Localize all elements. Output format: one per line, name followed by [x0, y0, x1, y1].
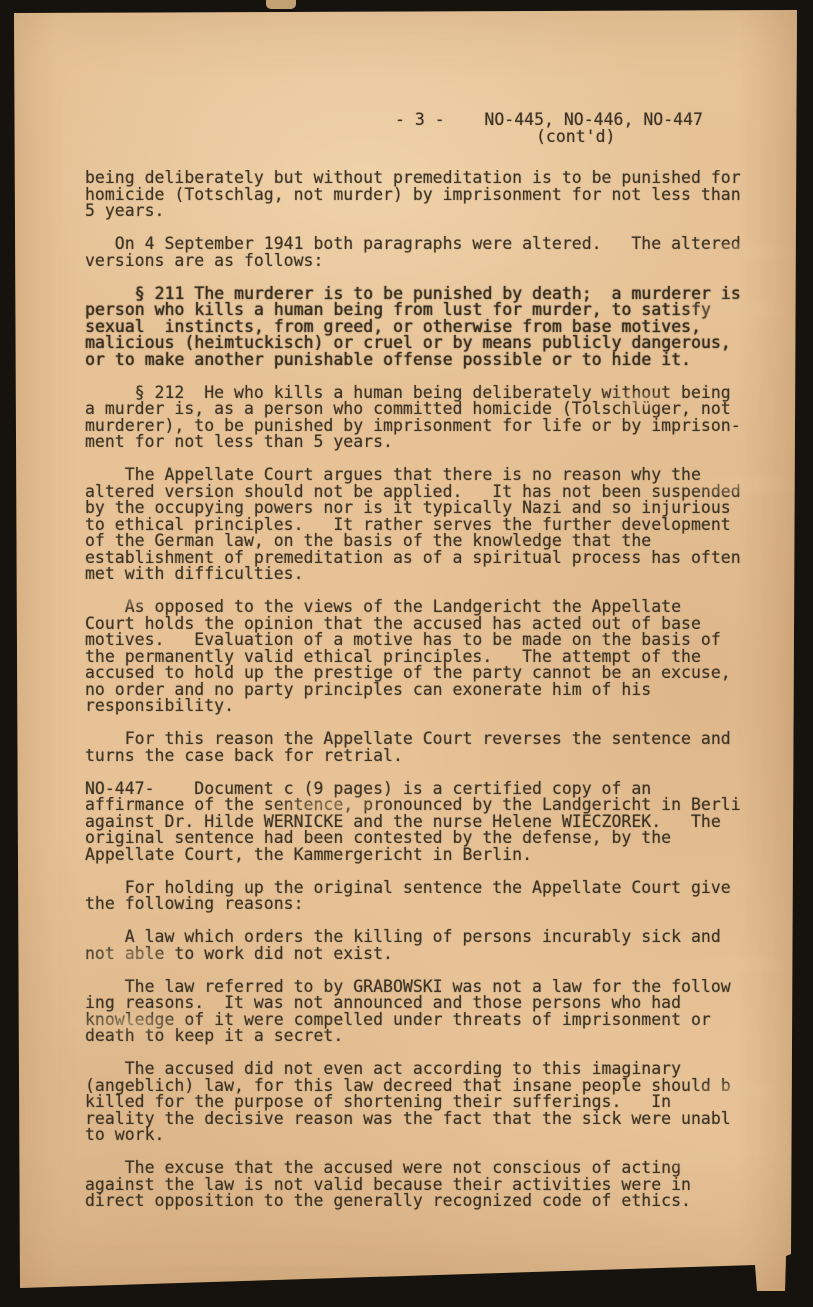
scan-background: { "colors": { "background": "#16120d", "… — [0, 0, 813, 1307]
document-body: being deliberately but without premedita… — [85, 170, 797, 1250]
adjacent-page-sliver — [266, 0, 296, 9]
paragraph-8-no-447: NO-447- Document c (9 pages) is a certif… — [85, 781, 797, 864]
paragraph-11: The law referred to by GRABOWSKI was not… — [85, 979, 797, 1045]
paragraph-2: On 4 September 1941 both paragraphs were… — [85, 236, 797, 269]
paragraph-3-section-211: § 211 The murderer is to be punished by … — [85, 286, 797, 369]
document-page: - 3 - NO-445, NO-446, NO-447 (cont'd) be… — [0, 0, 813, 1307]
paragraph-10: A law which orders the killing of person… — [85, 929, 797, 962]
paragraph-6: As opposed to the views of the Landgeric… — [85, 599, 797, 715]
paragraph-7: For this reason the Appellate Court reve… — [85, 731, 797, 764]
paragraph-4-section-212: § 212 He who kills a human being deliber… — [85, 385, 797, 451]
paragraph-12: The accused did not even act according t… — [85, 1061, 797, 1144]
paragraph-13: The excuse that the accused were not con… — [85, 1160, 797, 1210]
paragraph-9: For holding up the original sentence the… — [85, 880, 797, 913]
paragraph-5: The Appellate Court argues that there is… — [85, 467, 797, 583]
paragraph-1: being deliberately but without premedita… — [85, 170, 797, 220]
page-header-contd: (cont'd) — [536, 129, 615, 146]
